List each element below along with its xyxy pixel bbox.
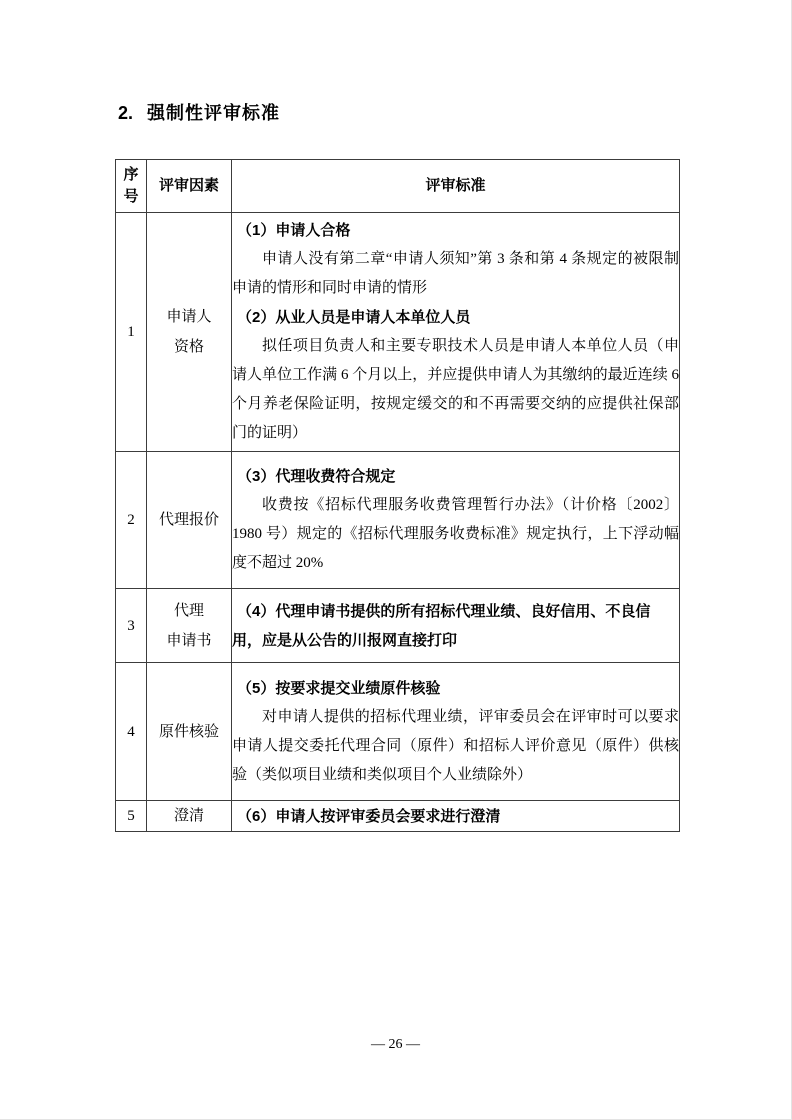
table-row: 4 原件核验 （5）按要求提交业绩原件核验 对申请人提供的招标代理业绩，评审委员…: [116, 663, 680, 801]
row-factor: 原件核验: [147, 663, 232, 801]
row-number: 2: [116, 452, 147, 589]
row-number: 4: [116, 663, 147, 801]
page-number: — 26 —: [0, 1037, 791, 1053]
row-factor: 澄清: [147, 801, 232, 832]
criteria-table: 序 号 评审因素 评审标准 1 申请人 资格 （1）申请人合格 申请人没有第二章…: [115, 159, 680, 832]
row-factor: 代理报价: [147, 452, 232, 589]
row-factor: 申请人 资格: [147, 213, 232, 452]
document-page: 2.强制性评审标准 序 号 评审因素 评审标准 1 申请人 资格 （1）申请人合…: [0, 0, 792, 1120]
table-row: 2 代理报价 （3）代理收费符合规定 收费按《招标代理服务收费管理暂行办法》（计…: [116, 452, 680, 589]
criteria-paragraph: 申请人没有第二章“申请人须知”第 3 条和第 4 条规定的被限制申请的情形和同时…: [232, 245, 679, 303]
criteria-heading: （2）从业人员是申请人本单位人员: [232, 303, 679, 332]
header-cell-number: 序 号: [116, 160, 147, 213]
table-header-row: 序 号 评审因素 评审标准: [116, 160, 680, 213]
row-criteria: （3）代理收费符合规定 收费按《招标代理服务收费管理暂行办法》（计价格〔2002…: [232, 452, 680, 589]
criteria-heading: （4）代理申请书提供的所有招标代理业绩、良好信用、不良信用，应是从公告的川报网直…: [232, 597, 679, 655]
row-number: 5: [116, 801, 147, 832]
page-title-number: 2.: [118, 103, 133, 124]
criteria-paragraph: 拟任项目负责人和主要专职技术人员是申请人本单位人员（申请人单位工作满 6 个月以…: [232, 332, 679, 448]
page-title-text: 强制性评审标准: [147, 103, 280, 123]
header-cell-criteria: 评审标准: [232, 160, 680, 213]
criteria-paragraph: 收费按《招标代理服务收费管理暂行办法》（计价格〔2002〕1980 号）规定的《…: [232, 491, 679, 578]
criteria-heading: （6）申请人按评审委员会要求进行澄清: [232, 802, 679, 831]
row-criteria: （1）申请人合格 申请人没有第二章“申请人须知”第 3 条和第 4 条规定的被限…: [232, 213, 680, 452]
criteria-heading: （1）申请人合格: [232, 216, 679, 245]
header-cell-factor: 评审因素: [147, 160, 232, 213]
table-row: 3 代理 申请书 （4）代理申请书提供的所有招标代理业绩、良好信用、不良信用，应…: [116, 589, 680, 663]
table-row: 5 澄清 （6）申请人按评审委员会要求进行澄清: [116, 801, 680, 832]
row-criteria: （4）代理申请书提供的所有招标代理业绩、良好信用、不良信用，应是从公告的川报网直…: [232, 589, 680, 663]
criteria-heading: （5）按要求提交业绩原件核验: [232, 674, 679, 703]
table-row: 1 申请人 资格 （1）申请人合格 申请人没有第二章“申请人须知”第 3 条和第…: [116, 213, 680, 452]
criteria-paragraph: 对申请人提供的招标代理业绩，评审委员会在评审时可以要求申请人提交委托代理合同（原…: [232, 703, 679, 790]
row-number: 3: [116, 589, 147, 663]
page-title: 2.强制性评审标准: [118, 99, 280, 125]
criteria-heading: （3）代理收费符合规定: [232, 462, 679, 491]
row-criteria: （6）申请人按评审委员会要求进行澄清: [232, 801, 680, 832]
row-criteria: （5）按要求提交业绩原件核验 对申请人提供的招标代理业绩，评审委员会在评审时可以…: [232, 663, 680, 801]
row-factor: 代理 申请书: [147, 589, 232, 663]
row-number: 1: [116, 213, 147, 452]
